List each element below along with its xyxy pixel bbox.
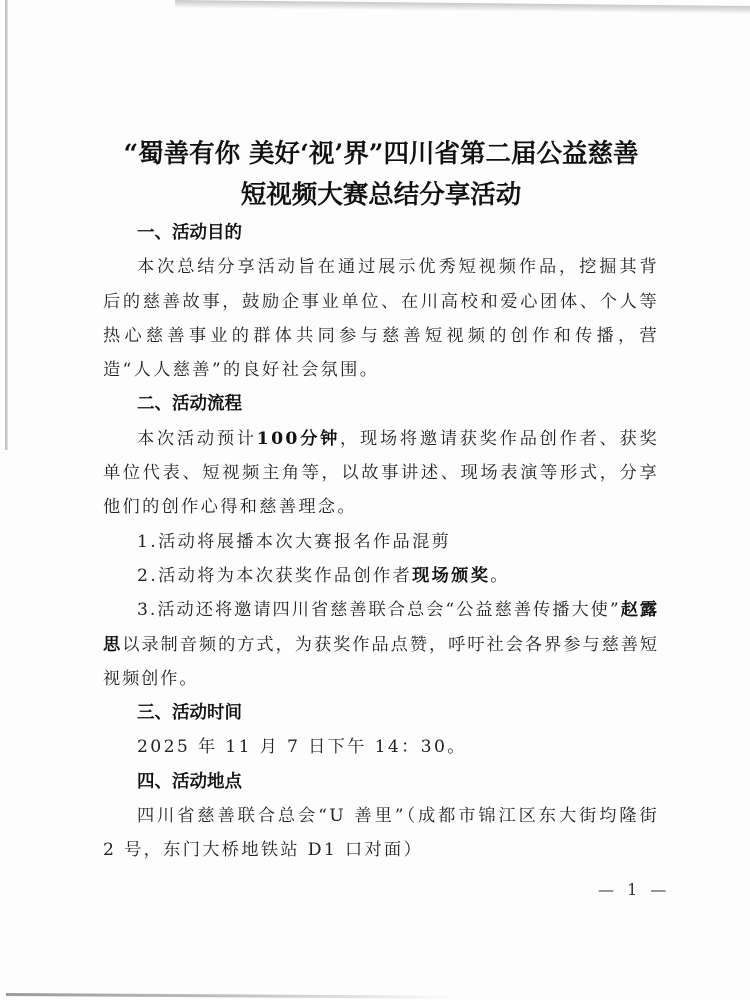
- location-paragraph: 四川省慈善联合总会“U 善里”（成都市锦江区东大街均隆街 2 号，东门大桥地铁站…: [103, 799, 659, 868]
- title-line-2: 短视频大赛总结分享活动: [103, 175, 659, 216]
- section-heading-purpose: 一、活动目的: [103, 216, 659, 250]
- document-title: “蜀善有你 美好‘视’界”四川省第二届公益慈善 短视频大赛总结分享活动: [103, 134, 659, 216]
- process-item-1: 1.活动将展播本次大赛报名作品混剪: [103, 525, 659, 559]
- title-line-1: “蜀善有你 美好‘视’界”四川省第二届公益慈善: [103, 134, 659, 175]
- document-page: “蜀善有你 美好‘视’界”四川省第二届公益慈善 短视频大赛总结分享活动 一、活动…: [103, 134, 659, 868]
- item-3-text-rest: 以录制音频的方式，为获奖作品点赞，呼吁社会各界参与慈善短视频创作。: [103, 635, 659, 689]
- time-paragraph: 2025 年 11 月 7 日下午 14：30。: [103, 730, 659, 764]
- purpose-paragraph: 本次总结分享活动旨在通过展示优秀短视频作品，挖掘其背后的慈善故事，鼓励企事业单位…: [103, 250, 659, 387]
- item-3-text: 3.活动还将邀请四川省慈善联合总会“公益慈善传播大使”: [137, 600, 621, 620]
- process-item-3: 3.活动还将邀请四川省慈善联合总会“公益慈善传播大使”赵露思以录制音频的方式，为…: [103, 593, 659, 696]
- award-bold: 现场颁奖: [412, 566, 490, 586]
- process-intro-text: 本次活动预计: [137, 429, 257, 449]
- page-number: — 1 —: [598, 880, 670, 899]
- section-heading-location: 四、活动地点: [103, 765, 659, 799]
- scan-shadow-bottom: [6, 993, 456, 999]
- section-heading-process: 二、活动流程: [103, 387, 659, 421]
- process-intro-paragraph: 本次活动预计100分钟，现场将邀请获奖作品创作者、获奖单位代表、短视频主角等，以…: [103, 422, 659, 525]
- process-item-2: 2.活动将为本次获奖作品创作者现场颁奖。: [103, 559, 659, 593]
- scan-shadow-left: [5, 0, 8, 450]
- scan-shadow-top: [175, 0, 750, 14]
- item-2-text-end: 。: [490, 566, 510, 586]
- section-heading-time: 三、活动时间: [103, 696, 659, 730]
- duration-bold: 100分钟: [257, 429, 340, 449]
- item-2-text: 2.活动将为本次获奖作品创作者: [137, 566, 412, 586]
